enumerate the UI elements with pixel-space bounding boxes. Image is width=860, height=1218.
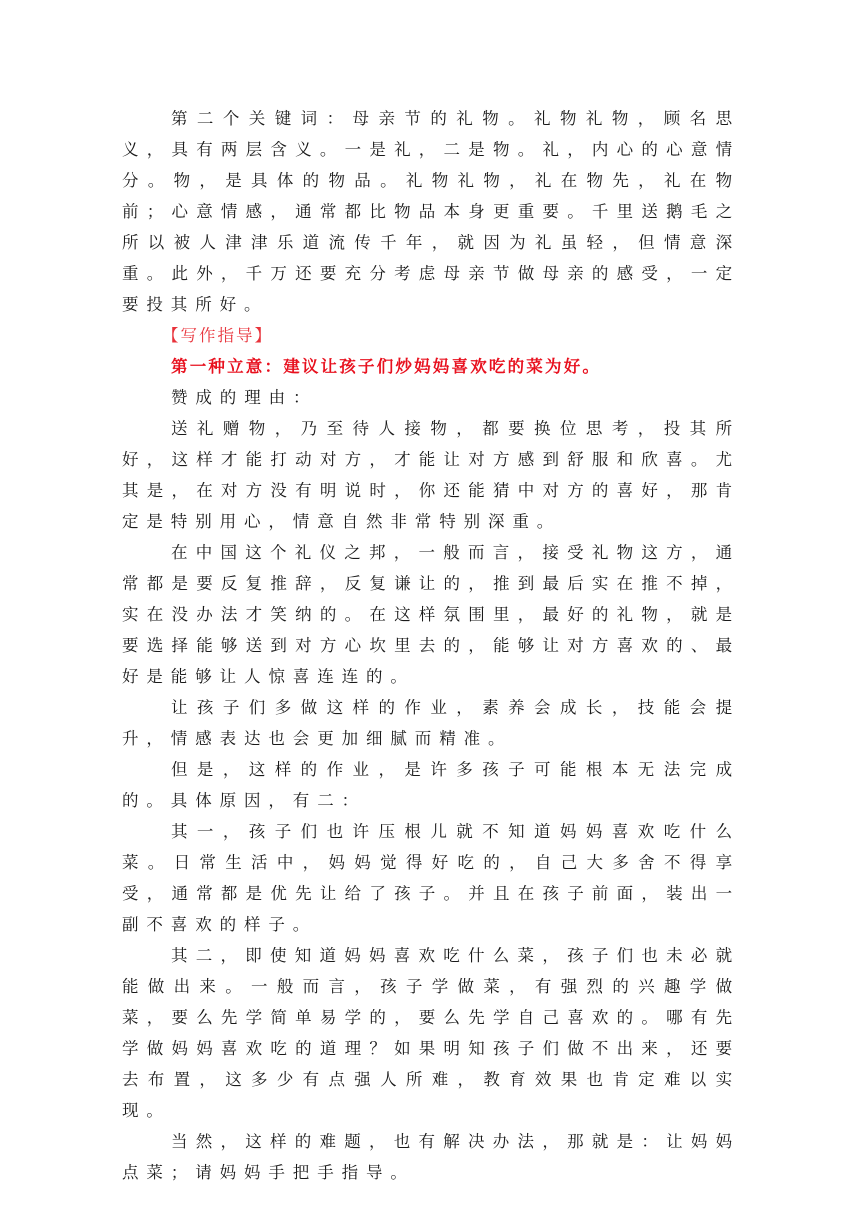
paragraph-keyword-two: 第二个关键词：母亲节的礼物。礼物礼物，顾名思义，具有两层含义。一是礼，二是物。礼… — [122, 103, 740, 320]
paragraph-gift-empathy: 送礼赠物，乃至待人接物，都要换位思考，投其所好，这样才能打动对方，才能让对方感到… — [122, 413, 740, 537]
thesis-heading-first-idea: 第一种立意：建议让孩子们炒妈妈喜欢吃的菜为好。 — [122, 351, 740, 382]
section-heading-writing-guide: 【写作指导】 — [122, 320, 740, 351]
paragraph-etiquette: 在中国这个礼仪之邦，一般而言，接受礼物这方，通常都是要反复推辞，反复谦让的，推到… — [122, 537, 740, 692]
paragraph-reason-two: 其二，即使知道妈妈喜欢吃什么菜，孩子们也未必就能做出来。一般而言，孩子学做菜，有… — [122, 940, 740, 1126]
paragraph-reason-one: 其一，孩子们也许压根儿就不知道妈妈喜欢吃什么菜。日常生活中，妈妈觉得好吃的，自己… — [122, 816, 740, 940]
paragraph-however: 但是，这样的作业，是许多孩子可能根本无法完成的。具体原因，有二： — [122, 754, 740, 816]
paragraph-solution: 当然，这样的难题，也有解决办法，那就是：让妈妈点菜；请妈妈手把手指导。 — [122, 1126, 740, 1188]
document-page: 第二个关键词：母亲节的礼物。礼物礼物，顾名思义，具有两层含义。一是礼，二是物。礼… — [122, 103, 740, 1188]
paragraph-reasons-label: 赞成的理由： — [122, 382, 740, 413]
paragraph-benefits: 让孩子们多做这样的作业，素养会成长，技能会提升，情感表达也会更加细腻而精准。 — [122, 692, 740, 754]
